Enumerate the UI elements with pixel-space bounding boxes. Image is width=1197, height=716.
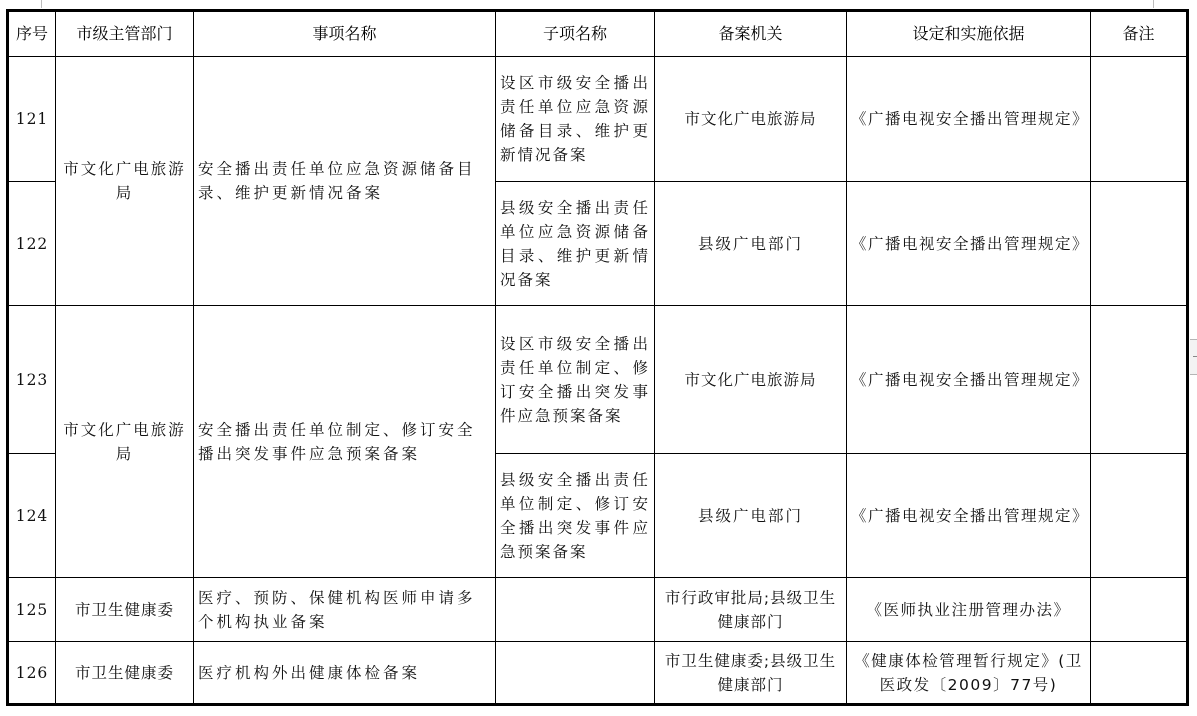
dept-cell: 市文化广电旅游局	[56, 57, 194, 306]
item-cell: 医疗机构外出健康体检备案	[194, 642, 496, 705]
authority-cell: 县级广电部门	[655, 454, 847, 578]
sidebar-collapse-handle[interactable]	[1190, 339, 1197, 375]
remark-cell	[1091, 306, 1188, 454]
remark-cell	[1091, 578, 1188, 642]
seq-cell: 124	[8, 454, 56, 578]
basis-cell: 《医师执业注册管理办法》	[847, 578, 1091, 642]
basis-cell: 《广播电视安全播出管理规定》	[847, 306, 1091, 454]
header-subitem: 子项名称	[496, 11, 655, 57]
remark-cell	[1091, 57, 1188, 182]
subitem-cell: 县级安全播出责任单位制定、修订安全播出突发事件应急预案备案	[496, 454, 655, 578]
subitem-cell: 设区市级安全播出责任单位制定、修订安全播出突发事件应急预案备案	[496, 306, 655, 454]
remark-cell	[1091, 454, 1188, 578]
header-authority: 备案机关	[655, 11, 847, 57]
seq-cell: 121	[8, 57, 56, 182]
header-item: 事项名称	[194, 11, 496, 57]
page-corner-mark-right	[1153, 0, 1154, 8]
subitem-cell: 设区市级安全播出责任单位应急资源储备目录、维护更新情况备案	[496, 57, 655, 182]
basis-cell: 《广播电视安全播出管理规定》	[847, 454, 1091, 578]
authority-cell: 市卫生健康委;县级卫生健康部门	[655, 642, 847, 705]
table-row: 125 市卫生健康委 医疗、预防、保健机构医师申请多个机构执业备案 市行政审批局…	[8, 578, 1188, 642]
remark-cell	[1091, 182, 1188, 306]
table-row: 126 市卫生健康委 医疗机构外出健康体检备案 市卫生健康委;县级卫生健康部门 …	[8, 642, 1188, 705]
table-header-row: 序号 市级主管部门 事项名称 子项名称 备案机关 设定和实施依据 备注	[8, 11, 1188, 57]
authority-cell: 县级广电部门	[655, 182, 847, 306]
seq-cell: 122	[8, 182, 56, 306]
header-seq: 序号	[8, 11, 56, 57]
dept-cell: 市卫生健康委	[56, 578, 194, 642]
subitem-cell	[496, 642, 655, 705]
item-cell: 安全播出责任单位制定、修订安全播出突发事件应急预案备案	[194, 306, 496, 578]
subitem-cell: 县级安全播出责任单位应急资源储备目录、维护更新情况备案	[496, 182, 655, 306]
seq-cell: 126	[8, 642, 56, 705]
header-basis: 设定和实施依据	[847, 11, 1091, 57]
item-cell: 医疗、预防、保健机构医师申请多个机构执业备案	[194, 578, 496, 642]
basis-cell: 《健康体检管理暂行规定》(卫医政发〔2009〕77号)	[847, 642, 1091, 705]
header-dept: 市级主管部门	[56, 11, 194, 57]
dept-cell: 市文化广电旅游局	[56, 306, 194, 578]
seq-cell: 123	[8, 306, 56, 454]
table-row: 123 市文化广电旅游局 安全播出责任单位制定、修订安全播出突发事件应急预案备案…	[8, 306, 1188, 454]
subitem-cell	[496, 578, 655, 642]
item-cell: 安全播出责任单位应急资源储备目录、维护更新情况备案	[194, 57, 496, 306]
dept-cell: 市卫生健康委	[56, 642, 194, 705]
filing-items-table: 序号 市级主管部门 事项名称 子项名称 备案机关 设定和实施依据 备注 121 …	[6, 9, 1189, 706]
seq-cell: 125	[8, 578, 56, 642]
remark-cell	[1091, 642, 1188, 705]
authority-cell: 市文化广电旅游局	[655, 57, 847, 182]
table-row: 121 市文化广电旅游局 安全播出责任单位应急资源储备目录、维护更新情况备案 设…	[8, 57, 1188, 182]
basis-cell: 《广播电视安全播出管理规定》	[847, 182, 1091, 306]
authority-cell: 市行政审批局;县级卫生健康部门	[655, 578, 847, 642]
header-remark: 备注	[1091, 11, 1188, 57]
page-corner-mark-left	[41, 0, 42, 8]
authority-cell: 市文化广电旅游局	[655, 306, 847, 454]
basis-cell: 《广播电视安全播出管理规定》	[847, 57, 1091, 182]
